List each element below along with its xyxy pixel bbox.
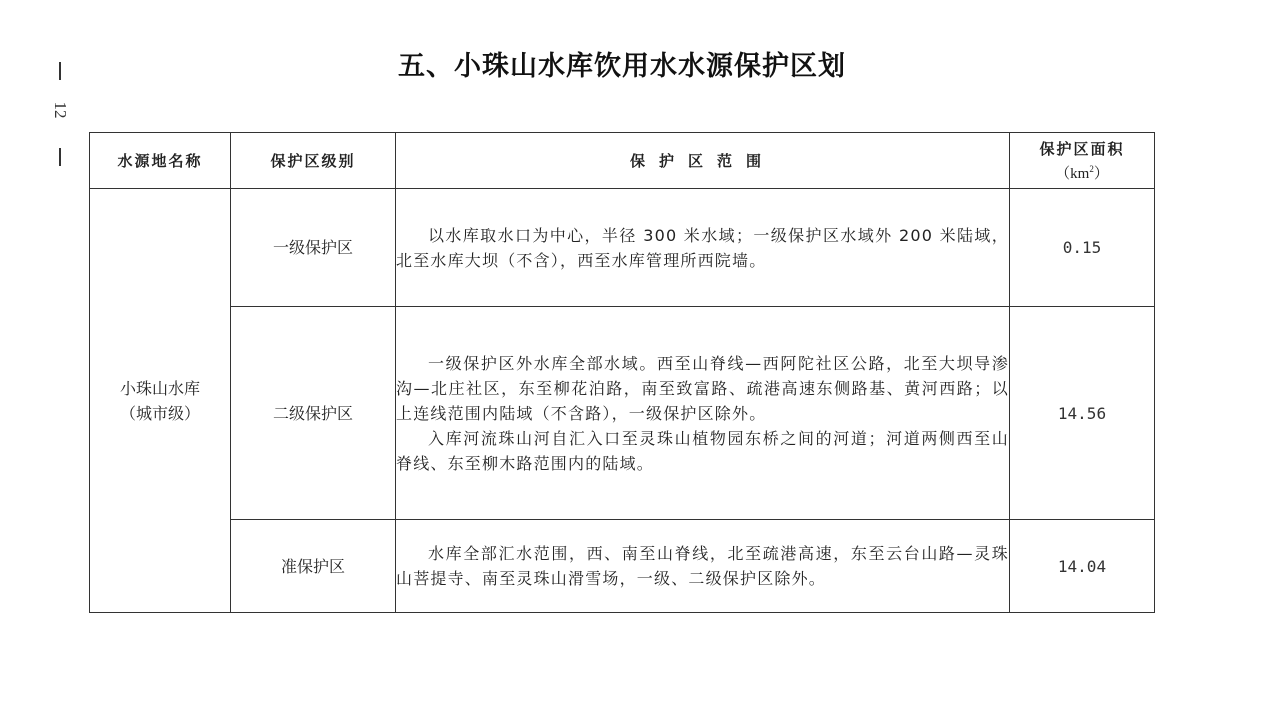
zone-scope-paragraph: 一级保护区外水库全部水域。西至山脊线—西阿陀社区公路，北至大坝导渗沟—北庄社区，… bbox=[396, 351, 1009, 426]
zone-scope-cell: 一级保护区外水库全部水域。西至山脊线—西阿陀社区公路，北至大坝导渗沟—北庄社区，… bbox=[396, 307, 1010, 520]
page-number-dash-bottom bbox=[59, 148, 61, 166]
zone-area-cell: 0.15 bbox=[1010, 189, 1155, 307]
zone-area-cell: 14.56 bbox=[1010, 307, 1155, 520]
source-grade: （城市级） bbox=[90, 401, 230, 426]
unit-suffix: ） bbox=[1094, 166, 1109, 182]
protection-zone-table: 水源地名称 保护区级别 保护区范围 保护区面积 （km2） 小珠山水库 （城市级… bbox=[89, 132, 1155, 613]
header-zone-area: 保护区面积 （km2） bbox=[1010, 133, 1155, 189]
zone-level-cell: 二级保护区 bbox=[231, 307, 396, 520]
page-number: 12 bbox=[50, 94, 70, 126]
zone-scope-cell: 以水库取水口为中心，半径 300 米水域；一级保护区水域外 200 米陆域，北至… bbox=[396, 189, 1010, 307]
table-row: 准保护区 水库全部汇水范围，西、南至山脊线，北至疏港高速，东至云台山路—灵珠山菩… bbox=[90, 520, 1155, 613]
source-name: 小珠山水库 bbox=[90, 376, 230, 401]
table-header-row: 水源地名称 保护区级别 保护区范围 保护区面积 （km2） bbox=[90, 133, 1155, 189]
header-zone-area-label: 保护区面积 bbox=[1039, 140, 1124, 158]
zone-scope-paragraph: 水库全部汇水范围，西、南至山脊线，北至疏港高速，东至云台山路—灵珠山菩提寺、南至… bbox=[396, 541, 1009, 591]
source-name-cell: 小珠山水库 （城市级） bbox=[90, 189, 231, 613]
unit-prefix: （km bbox=[1055, 166, 1089, 182]
zone-level-cell: 准保护区 bbox=[231, 520, 396, 613]
zone-level-cell: 一级保护区 bbox=[231, 189, 396, 307]
document-title: 五、小珠山水库饮用水水源保护区划 bbox=[0, 44, 1244, 83]
zone-scope-paragraph: 入库河流珠山河自汇入口至灵珠山植物园东桥之间的河道；河道两侧西至山脊线、东至柳木… bbox=[396, 426, 1009, 476]
header-zone-level: 保护区级别 bbox=[231, 133, 396, 189]
table-row: 小珠山水库 （城市级） 一级保护区 以水库取水口为中心，半径 300 米水域；一… bbox=[90, 189, 1155, 307]
header-source-name: 水源地名称 bbox=[90, 133, 231, 189]
header-zone-scope: 保护区范围 bbox=[396, 133, 1010, 189]
zone-scope-paragraph: 以水库取水口为中心，半径 300 米水域；一级保护区水域外 200 米陆域，北至… bbox=[396, 223, 1009, 273]
header-zone-area-unit: （km2） bbox=[1010, 162, 1154, 183]
table-row: 二级保护区 一级保护区外水库全部水域。西至山脊线—西阿陀社区公路，北至大坝导渗沟… bbox=[90, 307, 1155, 520]
zone-scope-cell: 水库全部汇水范围，西、南至山脊线，北至疏港高速，东至云台山路—灵珠山菩提寺、南至… bbox=[396, 520, 1010, 613]
zone-area-cell: 14.04 bbox=[1010, 520, 1155, 613]
